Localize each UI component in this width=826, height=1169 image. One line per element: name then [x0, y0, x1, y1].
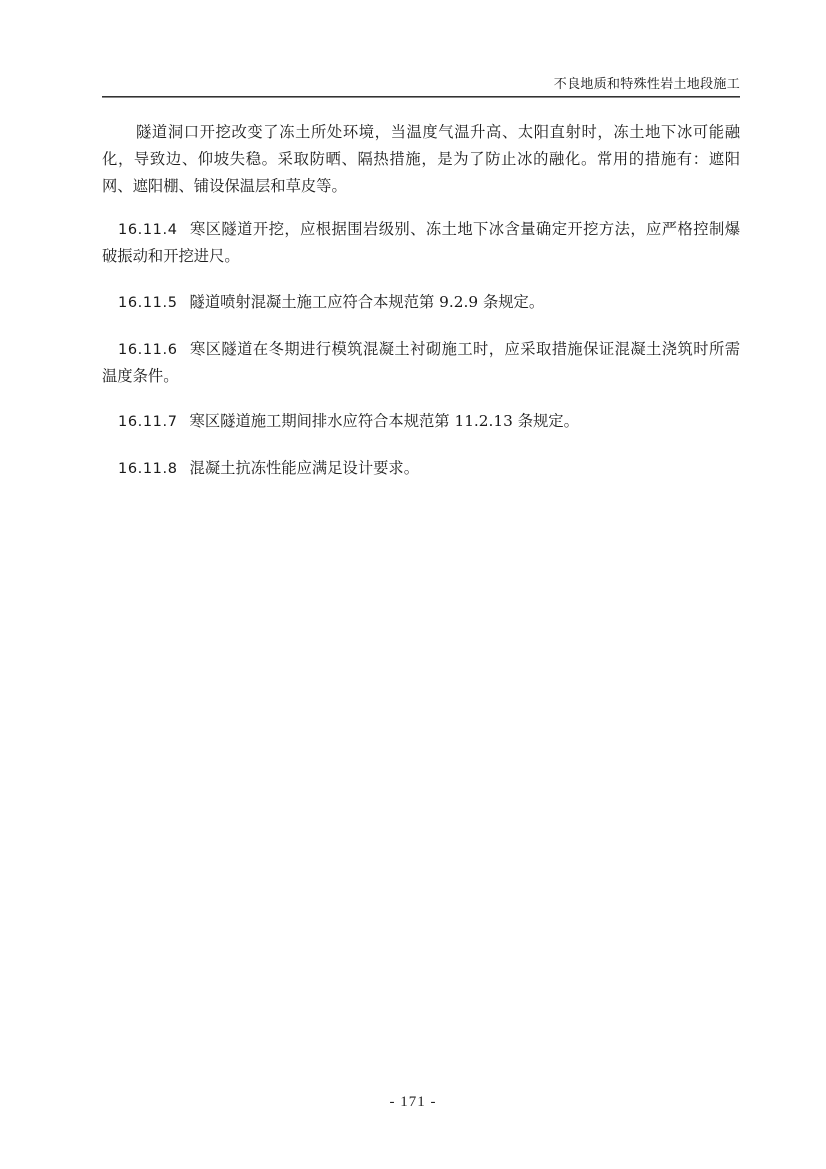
clause-number: 16.11.8 — [118, 461, 178, 477]
clause-number: 16.11.7 — [118, 414, 178, 430]
clause-text: 寒区隧道开挖，应根据围岩级别、冻土地下冰含量确定开挖方法，应严格控制爆破振动和开… — [102, 220, 740, 265]
clause-16-11-5: 16.11.5隧道喷射混凝土施工应符合本规范第 9.2.9 条规定。 — [102, 289, 740, 316]
clause-text: 混凝土抗冻性能应满足设计要求。 — [190, 459, 419, 477]
header-rule — [102, 96, 740, 98]
clause-text: 寒区隧道在冬期进行模筑混凝土衬砌施工时，应采取措施保证混凝土浇筑时所需温度条件。 — [102, 340, 740, 385]
clause-text: 寒区隧道施工期间排水应符合本规范第 11.2.13 条规定。 — [190, 412, 579, 430]
explanation-paragraph: 隧道洞口开挖改变了冻土所处环境，当温度气温升高、太阳直射时，冻土地下冰可能融化，… — [102, 119, 740, 200]
page-number: - 171 - — [0, 1094, 826, 1111]
clause-16-11-8: 16.11.8混凝土抗冻性能应满足设计要求。 — [102, 455, 740, 482]
clause-16-11-4: 16.11.4寒区隧道开挖，应根据围岩级别、冻土地下冰含量确定开挖方法，应严格控… — [102, 216, 740, 269]
clause-16-11-6: 16.11.6寒区隧道在冬期进行模筑混凝土衬砌施工时，应采取措施保证混凝土浇筑时… — [102, 336, 740, 389]
clause-text: 隧道喷射混凝土施工应符合本规范第 9.2.9 条规定。 — [190, 293, 545, 311]
clause-number: 16.11.5 — [118, 295, 178, 311]
clause-number: 16.11.4 — [118, 222, 178, 238]
running-header: 不良地质和特殊性岩土地段施工 — [102, 77, 740, 93]
clause-16-11-7: 16.11.7寒区隧道施工期间排水应符合本规范第 11.2.13 条规定。 — [102, 408, 740, 435]
clause-number: 16.11.6 — [118, 342, 178, 358]
document-page: 不良地质和特殊性岩土地段施工 隧道洞口开挖改变了冻土所处环境，当温度气温升高、太… — [0, 0, 826, 1169]
